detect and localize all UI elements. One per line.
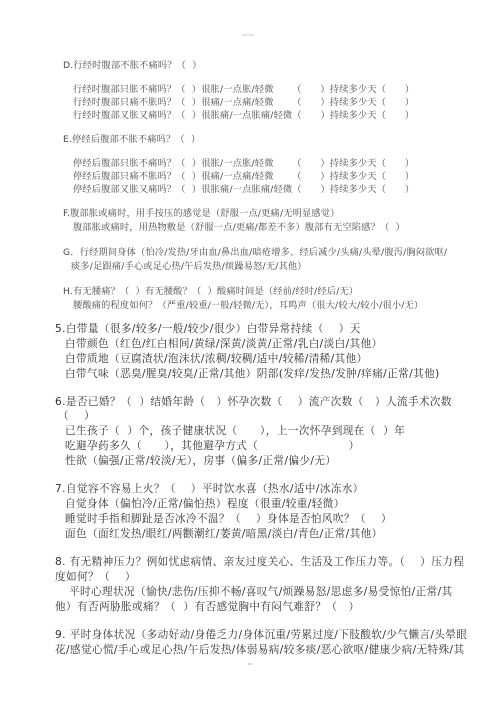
q6-line-3: 已生孩子（ ）个，孩子健康状况（ ），上一次怀孕到现在（ ）年 [65,426,405,437]
section-f-line-1: F.腹部胀或痛时，用手按压的感觉是（舒服一点/更痛/无明显感觉） [63,209,340,218]
q5-line-2: 白带颜色（红色/红白相间/黄绿/深黄/淡黄/正常/乳白/淡白/其他） [65,339,383,350]
q8-line-4: 他）有否两胁胀或痛？（ ）有否感觉胸中有闷气难舒？（ ） [55,602,360,613]
q5-line-4: 白带气味（恶臭/腥臭/较臭/正常/其他）阴部(发痒/发热/发肿/痒痛/正常/其他… [65,369,440,380]
q6-line-5: 性欲（偏强/正常/较淡/无），房事（偏多/正常/偏少/无） [65,456,336,467]
q6-line-1: 6.是否已婚？（ ）结婚年龄（ ）怀孕次数（ ）流产次数（ ）人流手术次数 [55,397,452,408]
q6-line-4: 吃避孕药多久（ ），其他避孕方式（ ） [65,441,360,452]
q7-line-3: 睡觉时手指和脚趾是否冰冷不温？（ ）身体是否怕风吹？（ ） [65,514,392,525]
q8-line-3: 平时心理状况（愉快/悲伤/压抑不畅/喜叹气/烦躁易怒/思虑多/易受惊怕/正常/其 [69,587,453,598]
section-f-line-2: 腹部胀或痛时，用热物敷是（舒服一点/更痛/都差不多）腹部有无空陷感？（ ） [73,223,405,232]
q8-line-2: 度如何？（ ） [55,572,136,583]
section-h-line-2: 腰酸痛的程度如何？（严重/较重/一般/轻微/无），耳鸣声（很大/较大/较小/很小… [73,301,423,310]
section-d-row-1: 行经时腹部只胀不痛吗？（ ）很胀/一点胀/轻微 （ ）持续多少天（ ） [73,85,414,94]
section-g-line-2: 痰多/足跟痛/手心或足心热/午后发热/烦躁易怒/无/其他） [71,262,307,271]
section-e-row-3: 停经后腹部又胀又痛吗？（ ）很胀痛/一点胀痛/轻微（ ）持续多少天（ ） [73,185,414,194]
section-d-row-2: 行经时腹部只痛不胀吗？（ ）很痛/一点痛/轻微 （ ）持续多少天（ ） [73,98,414,107]
q6-line-2: （ ） [58,411,95,422]
q5-line-3: 白带质地（豆腐渣状/泡沫状/浓稠/较稠/适中/较稀/清稀/其他） [65,354,368,365]
q7-line-4: 面色（面红发热/眼红/两颧潮红/萎黄/暗黑/淡白/青色/正常/其他） [65,529,383,540]
q9-line-1: 9. 平时身体状况（多动好动/身倦乏力/身体沉重/劳累过度/下肢酸软/少气懒言/… [55,630,467,641]
q8-line-1: 8. 有无精神压力？例如忧虑病情、亲友过度关心、生活及工作压力等。（ ）压力程 [55,557,464,568]
section-e-row-1: 停经后腹部只胀不痛吗？（ ）很胀/一点胀/轻微 （ ）持续多少天（ ） [73,159,414,168]
section-e-heading: E.停经后腹部不胀不痛吗？（ ） [63,135,200,144]
section-d-row-3: 行经时腹部又胀又痛吗？（ ）很胀痛/一点胀痛/轻微（ ）持续多少天（ ） [73,111,414,120]
q7-line-2: 自觉身体（偏怕冷/正常/偏怕热）程度（很重/较重/轻微） [65,499,345,510]
q7-line-1: 7.自觉容不容易上火？（ ）平时饮水喜（热水/适中/冰冻水） [55,484,364,495]
page-header-mark [242,34,254,36]
page-footer-mark [248,663,252,665]
section-h-line-1: H.有无腰痛？（ ）有无腰酸？（ ）酸痛时间是（经前/经时/经后/无） [63,287,358,296]
section-g-line-1: G．行经期间身体（怕冷/发热/牙由血/鼻出血/暗疮增多、经后减少/头痛/头晕/腹… [63,248,447,257]
q9-line-2: 花/感觉心慌/手心或足心热/午后发热/体弱易病/较多痰/恶心欲呕/健康少病/无特… [55,645,465,656]
q5-line-1: 5.白带量（很多/较多/一般/较少/很少）白带异常持续（ ）天 [55,324,361,335]
section-d-heading: D.行经时腹部不胀不痛吗？（ ） [63,61,202,70]
section-e-row-2: 停经后腹部只痛不胀吗？（ ）很痛/一点痛/轻微 （ ）持续多少天（ ） [73,172,414,181]
